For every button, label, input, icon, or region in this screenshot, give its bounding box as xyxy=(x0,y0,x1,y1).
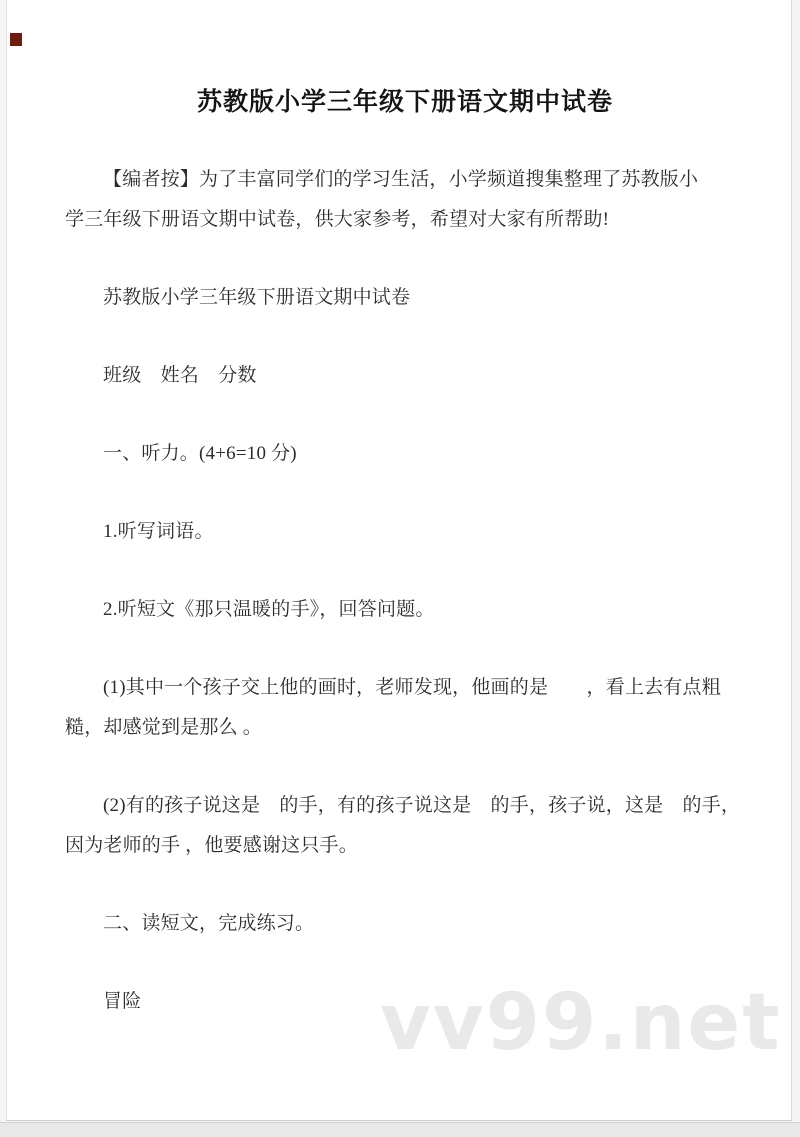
page-bottom-margin xyxy=(0,1122,800,1137)
text-line: 一、听力。(4+6=10 分) xyxy=(65,434,745,474)
text-line: 班级 姓名 分数 xyxy=(65,356,745,396)
text-line: 【编者按】为了丰富同学们的学习生活，小学频道搜集整理了苏教版小 xyxy=(65,160,745,200)
text-line: 因为老师的手 ，他要感谢这只手。 xyxy=(65,826,745,866)
text-line: 学三年级下册语文期中试卷，供大家参考，希望对大家有所帮助! xyxy=(65,200,745,240)
text-line: (2)有的孩子说这是 的手，有的孩子说这是 的手，孩子说，这是 的手， xyxy=(65,786,745,826)
scanned-document-canvas: { "doc": { "title": "苏教版小学三年级下册语文期中试卷", … xyxy=(0,0,800,1137)
text-line: 苏教版小学三年级下册语文期中试卷 xyxy=(65,278,745,318)
text-line: (1)其中一个孩子交上他的画时，老师发现，他画的是 ，看上去有点粗 xyxy=(65,668,745,708)
page-title: 苏教版小学三年级下册语文期中试卷 xyxy=(65,82,745,122)
text-line: 冒险 xyxy=(65,982,745,1022)
document-page: 苏教版小学三年级下册语文期中试卷 【编者按】为了丰富同学们的学习生活，小学频道搜… xyxy=(6,0,792,1121)
document-content: 苏教版小学三年级下册语文期中试卷 【编者按】为了丰富同学们的学习生活，小学频道搜… xyxy=(7,82,791,1022)
red-marker xyxy=(10,33,22,46)
text-line: 二、读短文，完成练习。 xyxy=(65,904,745,944)
text-line: 糙，却感觉到是那么 。 xyxy=(65,708,745,748)
text-line: 2.听短文《那只温暖的手》，回答问题。 xyxy=(65,590,745,630)
text-line: 1.听写词语。 xyxy=(65,512,745,552)
